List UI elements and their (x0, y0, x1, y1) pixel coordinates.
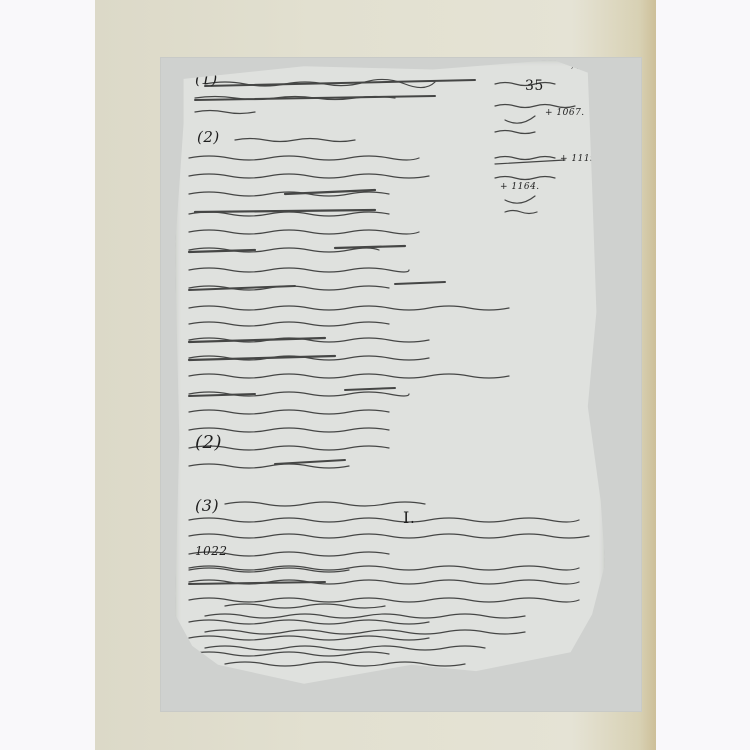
margin-date-3: + 1164. (500, 182, 540, 192)
section-marker-3: (3) (195, 496, 219, 515)
margin-date-2: + 1119 (560, 154, 596, 164)
section-marker-2: (2) (197, 128, 220, 146)
section-marker-2b: (2) (195, 432, 222, 453)
margin-number: 35 (525, 78, 544, 94)
margin-date-1: + 1067. (545, 108, 585, 118)
handwriting-strokes-lower (175, 60, 605, 690)
year-1022: 1022 (195, 544, 228, 558)
roman-numeral-one: I. (403, 508, 415, 527)
manuscript-leaf: (1) (2) (2) (3) I. 1022 78 35 + 1067. + … (175, 60, 605, 690)
